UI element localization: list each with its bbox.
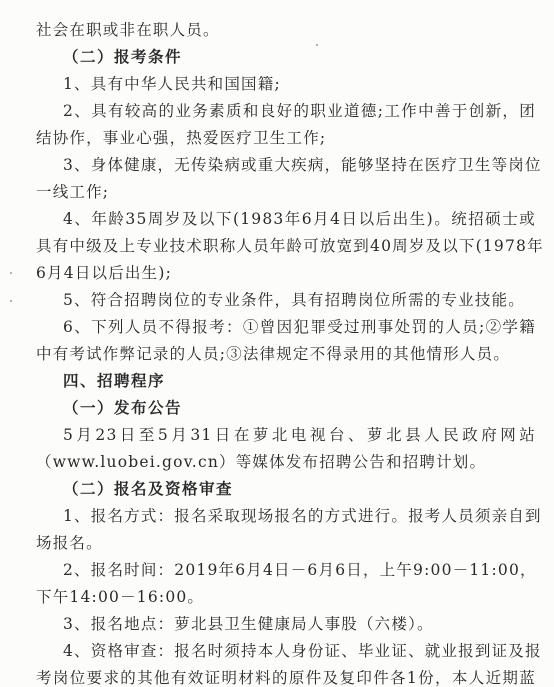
text-line-6: 一线工作; <box>36 182 536 202</box>
text-line-4: 结协作，事业心强，热爱医疗卫生工作; <box>36 128 536 148</box>
section-heading-recruitment-procedure: 四、招聘程序 <box>63 371 554 391</box>
text-line-21: 下午14:00－16:00。 <box>36 587 536 607</box>
scan-speck <box>316 44 318 46</box>
text-line-3: 2、具有较高的业务素质和良好的职业道德;工作中善于创新，团 <box>63 101 536 121</box>
text-line-18: 1、报名方式：报名采取现场报名的方式进行。报考人员须亲自到 <box>63 506 536 526</box>
scan-speck <box>491 115 493 117</box>
text-line-19: 场报名。 <box>36 533 536 553</box>
text-line-8: 具有中级及上专业技术职称人员年龄可放宽到40周岁及以下(1978年 <box>36 236 536 256</box>
section-heading-publish-notice: （一）发布公告 <box>63 398 554 418</box>
text-line-16: （www.luobei.gov.cn）等媒体发布招聘公告和招聘计划。 <box>36 452 536 472</box>
text-line-24: 考岗位要求的其他有效证明材料的原件及复印件各1份，本人近期蓝 <box>36 668 536 687</box>
section-heading-registration-review: （二）报名及资格审查 <box>63 479 554 499</box>
text-line-9: 6月4日以后出生); <box>36 263 536 283</box>
text-line-12: 中有考试作弊记录的人员;③法律规定不得录用的其他情形人员。 <box>36 344 536 364</box>
text-line-5: 3、身体健康，无传染病或重大疾病，能够坚持在医疗卫生等岗位 <box>63 155 536 175</box>
text-line-23: 4、资格审查：报名时须持本人身份证、毕业证、就业报到证及报 <box>63 641 536 661</box>
text-line-0: 社会在职或非在职人员。 <box>36 20 536 40</box>
text-line-15: 5月23日至5月31日在萝北电视台、萝北县人民政府网站 <box>63 425 536 445</box>
scan-speck <box>10 272 12 274</box>
section-heading-application-conditions: （二）报考条件 <box>63 47 554 67</box>
text-line-22: 3、报名地点：萝北县卫生健康局人事股（六楼）。 <box>63 614 554 634</box>
text-line-10: 5、符合招聘岗位的专业条件，具有招聘岗位所需的专业技能。 <box>63 290 554 310</box>
document-page: 社会在职或非在职人员。 （二）报考条件 1、具有中华人民共和国国籍; 2、具有较… <box>0 0 554 687</box>
text-line-2: 1、具有中华人民共和国国籍; <box>63 74 554 94</box>
text-line-7: 4、年龄35周岁及以下(1983年6月4日以后出生)。统招硕士或 <box>63 209 536 229</box>
scan-speck <box>10 300 12 302</box>
text-line-11: 6、下列人员不得报考：①曾因犯罪受过刑事处罚的人员;②学籍 <box>63 317 536 337</box>
text-line-20: 2、报名时间：2019年6月4日－6月6日，上午9:00－11:00， <box>63 560 536 580</box>
